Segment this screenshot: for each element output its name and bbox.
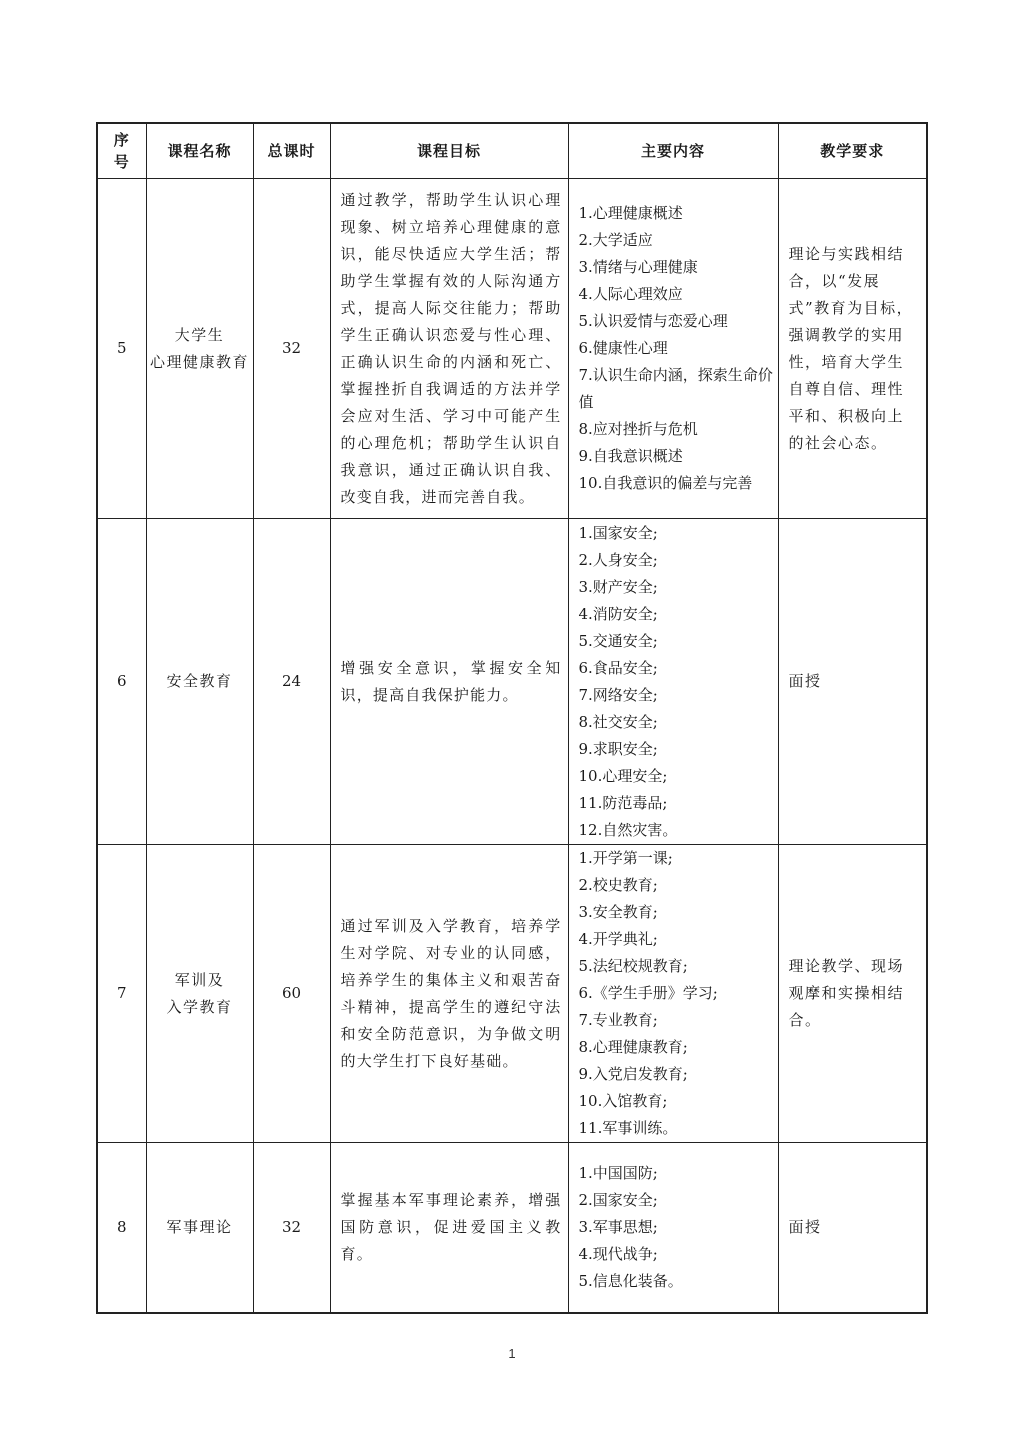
content-list-item: 3.财产安全;: [579, 574, 774, 601]
content-list-item: 5.交通安全;: [579, 628, 774, 655]
cell-course-name: 军训及 入学教育: [146, 845, 253, 1143]
cell-total-hours: 60: [253, 845, 330, 1143]
content-list-item: 7.网络安全;: [579, 682, 774, 709]
content-list-item: 12.自然灾害。: [579, 817, 774, 844]
course-table: 序 号 课程名称 总课时 课程目标 主要内容 教学要求 5大学生 心理健康教育3…: [96, 122, 928, 1314]
content-list-item: 8.应对挫折与危机: [579, 416, 774, 443]
cell-teaching-requirement: 面授: [778, 519, 927, 845]
content-list-item: 11.军事训练。: [579, 1115, 774, 1142]
table-row: 6安全教育24增强安全意识，掌握安全知识，提高自我保护能力。1.国家安全;2.人…: [97, 519, 927, 845]
cell-total-hours: 32: [253, 179, 330, 519]
content-list-item: 5.认识爱情与恋爱心理: [579, 308, 774, 335]
content-list-item: 2.人身安全;: [579, 547, 774, 574]
content-list-item: 1.中国国防;: [579, 1160, 774, 1187]
content-list-item: 6.《学生手册》学习;: [579, 980, 774, 1007]
content-list-item: 7.认识生命内涵，探索生命价值: [579, 362, 774, 416]
header-teaching-requirement: 教学要求: [778, 123, 927, 179]
content-list-item: 4.消防安全;: [579, 601, 774, 628]
header-no-line1: 序: [98, 129, 146, 151]
cell-main-content: 1.心理健康概述2.大学适应3.情绪与心理健康4.人际心理效应5.认识爱情与恋爱…: [568, 179, 778, 519]
content-list-item: 2.国家安全;: [579, 1187, 774, 1214]
content-list-item: 11.防范毒品;: [579, 790, 774, 817]
content-list-item: 10.心理安全;: [579, 763, 774, 790]
content-list-item: 2.校史教育;: [579, 872, 774, 899]
cell-main-content: 1.中国国防;2.国家安全;3.军事思想;4.现代战争;5.信息化装备。: [568, 1143, 778, 1313]
content-list-item: 3.军事思想;: [579, 1214, 774, 1241]
cell-main-content: 1.国家安全;2.人身安全;3.财产安全;4.消防安全;5.交通安全;6.食品安…: [568, 519, 778, 845]
cell-course-name: 大学生 心理健康教育: [146, 179, 253, 519]
content-list-item: 5.法纪校规教育;: [579, 953, 774, 980]
cell-no: 7: [97, 845, 146, 1143]
page-number: 1: [0, 1346, 1024, 1361]
header-course-name: 课程名称: [146, 123, 253, 179]
content-list-item: 6.食品安全;: [579, 655, 774, 682]
content-list-item: 10.自我意识的偏差与完善: [579, 470, 774, 497]
header-course-goal: 课程目标: [330, 123, 568, 179]
content-list-item: 5.信息化装备。: [579, 1268, 774, 1295]
header-total-hours: 总课时: [253, 123, 330, 179]
content-list-item: 1.开学第一课;: [579, 845, 774, 872]
content-list-item: 8.社交安全;: [579, 709, 774, 736]
content-list-item: 4.人际心理效应: [579, 281, 774, 308]
content-list-item: 3.情绪与心理健康: [579, 254, 774, 281]
content-list-item: 6.健康性心理: [579, 335, 774, 362]
cell-no: 6: [97, 519, 146, 845]
content-list-item: 9.自我意识概述: [579, 443, 774, 470]
table-row: 8军事理论32掌握基本军事理论素养，增强国防意识，促进爱国主义教育。1.中国国防…: [97, 1143, 927, 1313]
header-no: 序 号: [97, 123, 146, 179]
content-list-item: 1.心理健康概述: [579, 200, 774, 227]
cell-total-hours: 32: [253, 1143, 330, 1313]
table-row: 5大学生 心理健康教育32通过教学，帮助学生认识心理现象、树立培养心理健康的意识…: [97, 179, 927, 519]
header-main-content: 主要内容: [568, 123, 778, 179]
table-row: 7军训及 入学教育60通过军训及入学教育，培养学生对学院、对专业的认同感，培养学…: [97, 845, 927, 1143]
cell-course-goal: 通过教学，帮助学生认识心理现象、树立培养心理健康的意识，能尽快适应大学生活；帮助…: [330, 179, 568, 519]
cell-teaching-requirement: 理论教学、现场观摩和实操相结合。: [778, 845, 927, 1143]
content-list-item: 8.心理健康教育;: [579, 1034, 774, 1061]
content-list-item: 1.国家安全;: [579, 520, 774, 547]
header-row: 序 号 课程名称 总课时 课程目标 主要内容 教学要求: [97, 123, 927, 179]
cell-course-goal: 增强安全意识，掌握安全知识，提高自我保护能力。: [330, 519, 568, 845]
cell-course-name: 军事理论: [146, 1143, 253, 1313]
content-list-item: 9.入党启发教育;: [579, 1061, 774, 1088]
cell-teaching-requirement: 面授: [778, 1143, 927, 1313]
content-list-item: 10.入馆教育;: [579, 1088, 774, 1115]
cell-course-goal: 掌握基本军事理论素养，增强国防意识，促进爱国主义教育。: [330, 1143, 568, 1313]
content-list-item: 9.求职安全;: [579, 736, 774, 763]
content-list-item: 4.开学典礼;: [579, 926, 774, 953]
cell-main-content: 1.开学第一课;2.校史教育;3.安全教育;4.开学典礼;5.法纪校规教育;6.…: [568, 845, 778, 1143]
content-list-item: 4.现代战争;: [579, 1241, 774, 1268]
content-list-item: 3.安全教育;: [579, 899, 774, 926]
cell-course-goal: 通过军训及入学教育，培养学生对学院、对专业的认同感，培养学生的集体主义和艰苦奋斗…: [330, 845, 568, 1143]
cell-teaching-requirement: 理论与实践相结合，以“发展式”教育为目标，强调教学的实用性，培育大学生自尊自信、…: [778, 179, 927, 519]
header-no-line2: 号: [98, 151, 146, 173]
cell-total-hours: 24: [253, 519, 330, 845]
cell-no: 5: [97, 179, 146, 519]
content-list-item: 7.专业教育;: [579, 1007, 774, 1034]
cell-no: 8: [97, 1143, 146, 1313]
cell-course-name: 安全教育: [146, 519, 253, 845]
content-list-item: 2.大学适应: [579, 227, 774, 254]
